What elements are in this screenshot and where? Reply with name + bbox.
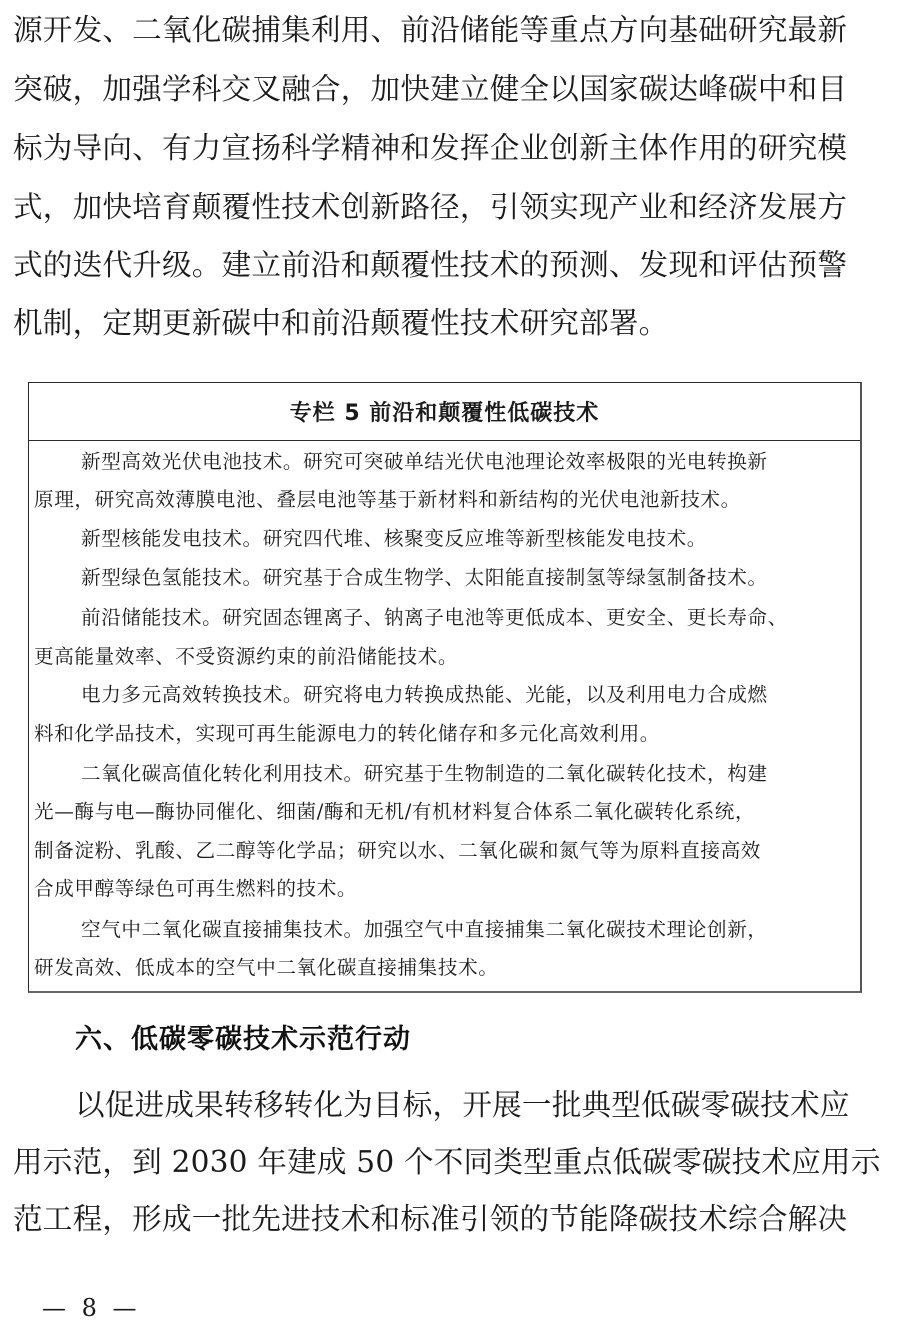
- box-line: 更高能量效率、不受资源约束的前沿储能技术。: [34, 644, 860, 670]
- box-line: 合成甲醇等绿色可再生燃料的技术。: [34, 876, 860, 902]
- box-line: 前沿储能技术。研究固态锂离子、钠离子电池等更低成本、更安全、更长寿命、: [81, 605, 860, 631]
- box-line: 原理，研究高效薄膜电池、叠层电池等基于新材料和新结构的光伏电池新技术。: [34, 487, 860, 513]
- box-line: 新型绿色氢能技术。研究基于合成生物学、太阳能直接制氢等绿氢制备技术。: [81, 565, 860, 591]
- page-number: — 8 —: [42, 1293, 141, 1323]
- paragraph-line: 突破，加强学科交叉融合，加快建立健全以国家碳达峰碳中和目: [13, 71, 883, 107]
- paragraph-line: 源开发、二氧化碳捕集利用、前沿储能等重点方向基础研究最新: [13, 12, 883, 48]
- paragraph-line: 式的迭代升级。建立前沿和颠覆性技术的预测、发现和评估预警: [13, 247, 883, 283]
- document-page: 源开发、二氧化碳捕集利用、前沿储能等重点方向基础研究最新 突破，加强学科交叉融合…: [0, 0, 900, 1336]
- box-line: 新型核能发电技术。研究四代堆、核聚变反应堆等新型核能发电技术。: [81, 526, 860, 552]
- box-line: 料和化学品技术，实现可再生能源电力的转化储存和多元化高效利用。: [34, 721, 860, 747]
- paragraph-line: 标为导向、有力宣扬科学精神和发挥企业创新主体作用的研究模: [13, 130, 883, 166]
- column-box-title: 专栏 5 前沿和颠覆性低碳技术: [290, 396, 600, 427]
- box-line: 光—酶与电—酶协同催化、细菌/酶和无机/有机材料复合体系二氧化碳转化系统，: [34, 799, 860, 825]
- paragraph-line: 用示范，到 2030 年建成 50 个不同类型重点低碳零碳技术应用示: [13, 1144, 883, 1180]
- section-heading: 六、低碳零碳技术示范行动: [75, 1022, 411, 1058]
- box-line: 空气中二氧化碳直接捕集技术。加强空气中直接捕集二氧化碳技术理论创新，: [81, 917, 860, 943]
- column-box-header: 专栏 5 前沿和颠覆性低碳技术: [29, 383, 860, 441]
- box-line: 二氧化碳高值化转化利用技术。研究基于生物制造的二氧化碳转化技术，构建: [81, 761, 860, 787]
- box-line: 电力多元高效转换技术。研究将电力转换成热能、光能，以及利用电力合成燃: [81, 682, 860, 708]
- box-line: 新型高效光伏电池技术。研究可突破单结光伏电池理论效率极限的光电转换新: [81, 449, 860, 475]
- paragraph-line: 以促进成果转移转化为目标，开展一批典型低碳零碳技术应: [75, 1087, 883, 1123]
- box-line: 研发高效、低成本的空气中二氧化碳直接捕集技术。: [34, 955, 860, 981]
- column-box: 专栏 5 前沿和颠覆性低碳技术 新型高效光伏电池技术。研究可突破单结光伏电池理论…: [28, 382, 862, 993]
- paragraph-line: 机制，定期更新碳中和前沿颠覆性技术研究部署。: [13, 305, 883, 341]
- paragraph-line: 范工程，形成一批先进技术和标准引领的节能降碳技术综合解决: [13, 1201, 883, 1237]
- box-line: 制备淀粉、乳酸、乙二醇等化学品；研究以水、二氧化碳和氮气等为原料直接高效: [34, 838, 860, 864]
- paragraph-line: 式，加快培育颠覆性技术创新路径，引领实现产业和经济发展方: [13, 189, 883, 225]
